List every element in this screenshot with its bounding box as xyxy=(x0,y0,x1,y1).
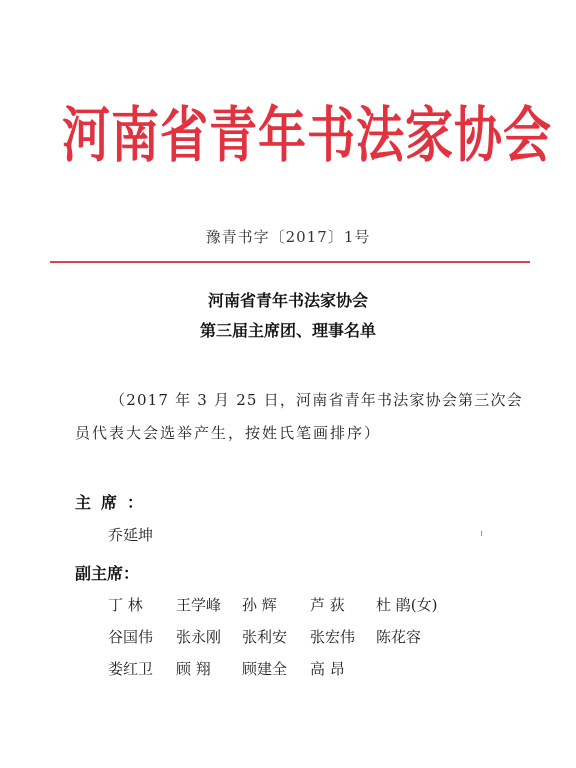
note-line-1: （2017 年 3 月 25 日，河南省青年书法家协会第三次会 xyxy=(110,389,523,410)
scan-speck xyxy=(481,531,482,536)
vice-chairman-name: 孙 辉 xyxy=(242,594,277,615)
vice-chairman-name: 张永刚 xyxy=(176,626,221,647)
vice-chairman-name: 丁 林 xyxy=(108,594,143,615)
vice-chairman-name: 王学峰 xyxy=(176,594,221,615)
vice-chairman-name: 谷国伟 xyxy=(108,626,153,647)
vice-chairman-name: 顾建全 xyxy=(242,658,287,679)
heading-line-1: 河南省青年书法家协会 xyxy=(0,288,576,311)
chairman-name: 乔延坤 xyxy=(108,524,153,545)
masthead-title: 河南省青年书法家协会 xyxy=(62,86,522,186)
vice-chairman-name: 陈花容 xyxy=(376,626,421,647)
vice-chairman-name: 芦 荻 xyxy=(310,594,345,615)
vice-chairman-name: 张利安 xyxy=(242,626,287,647)
chairman-label: 主席： xyxy=(75,490,153,513)
vice-chairman-name: 娄红卫 xyxy=(108,658,153,679)
vice-chairman-name: 杜 鹃(女) xyxy=(376,594,437,615)
vice-chairman-name: 张宏伟 xyxy=(310,626,355,647)
vice-chairman-name: 顾 翔 xyxy=(176,658,211,679)
vice-chairman-name: 高 昂 xyxy=(310,658,345,679)
red-divider xyxy=(50,261,530,263)
vice-chairman-label: 副主席： xyxy=(75,561,139,584)
note-line-2: 员代表大会选举产生，按姓氏笔画排序） xyxy=(75,422,381,443)
document-number: 豫青书字〔2017〕1号 xyxy=(0,226,576,247)
heading-line-2: 第三届主席团、理事名单 xyxy=(0,318,576,341)
